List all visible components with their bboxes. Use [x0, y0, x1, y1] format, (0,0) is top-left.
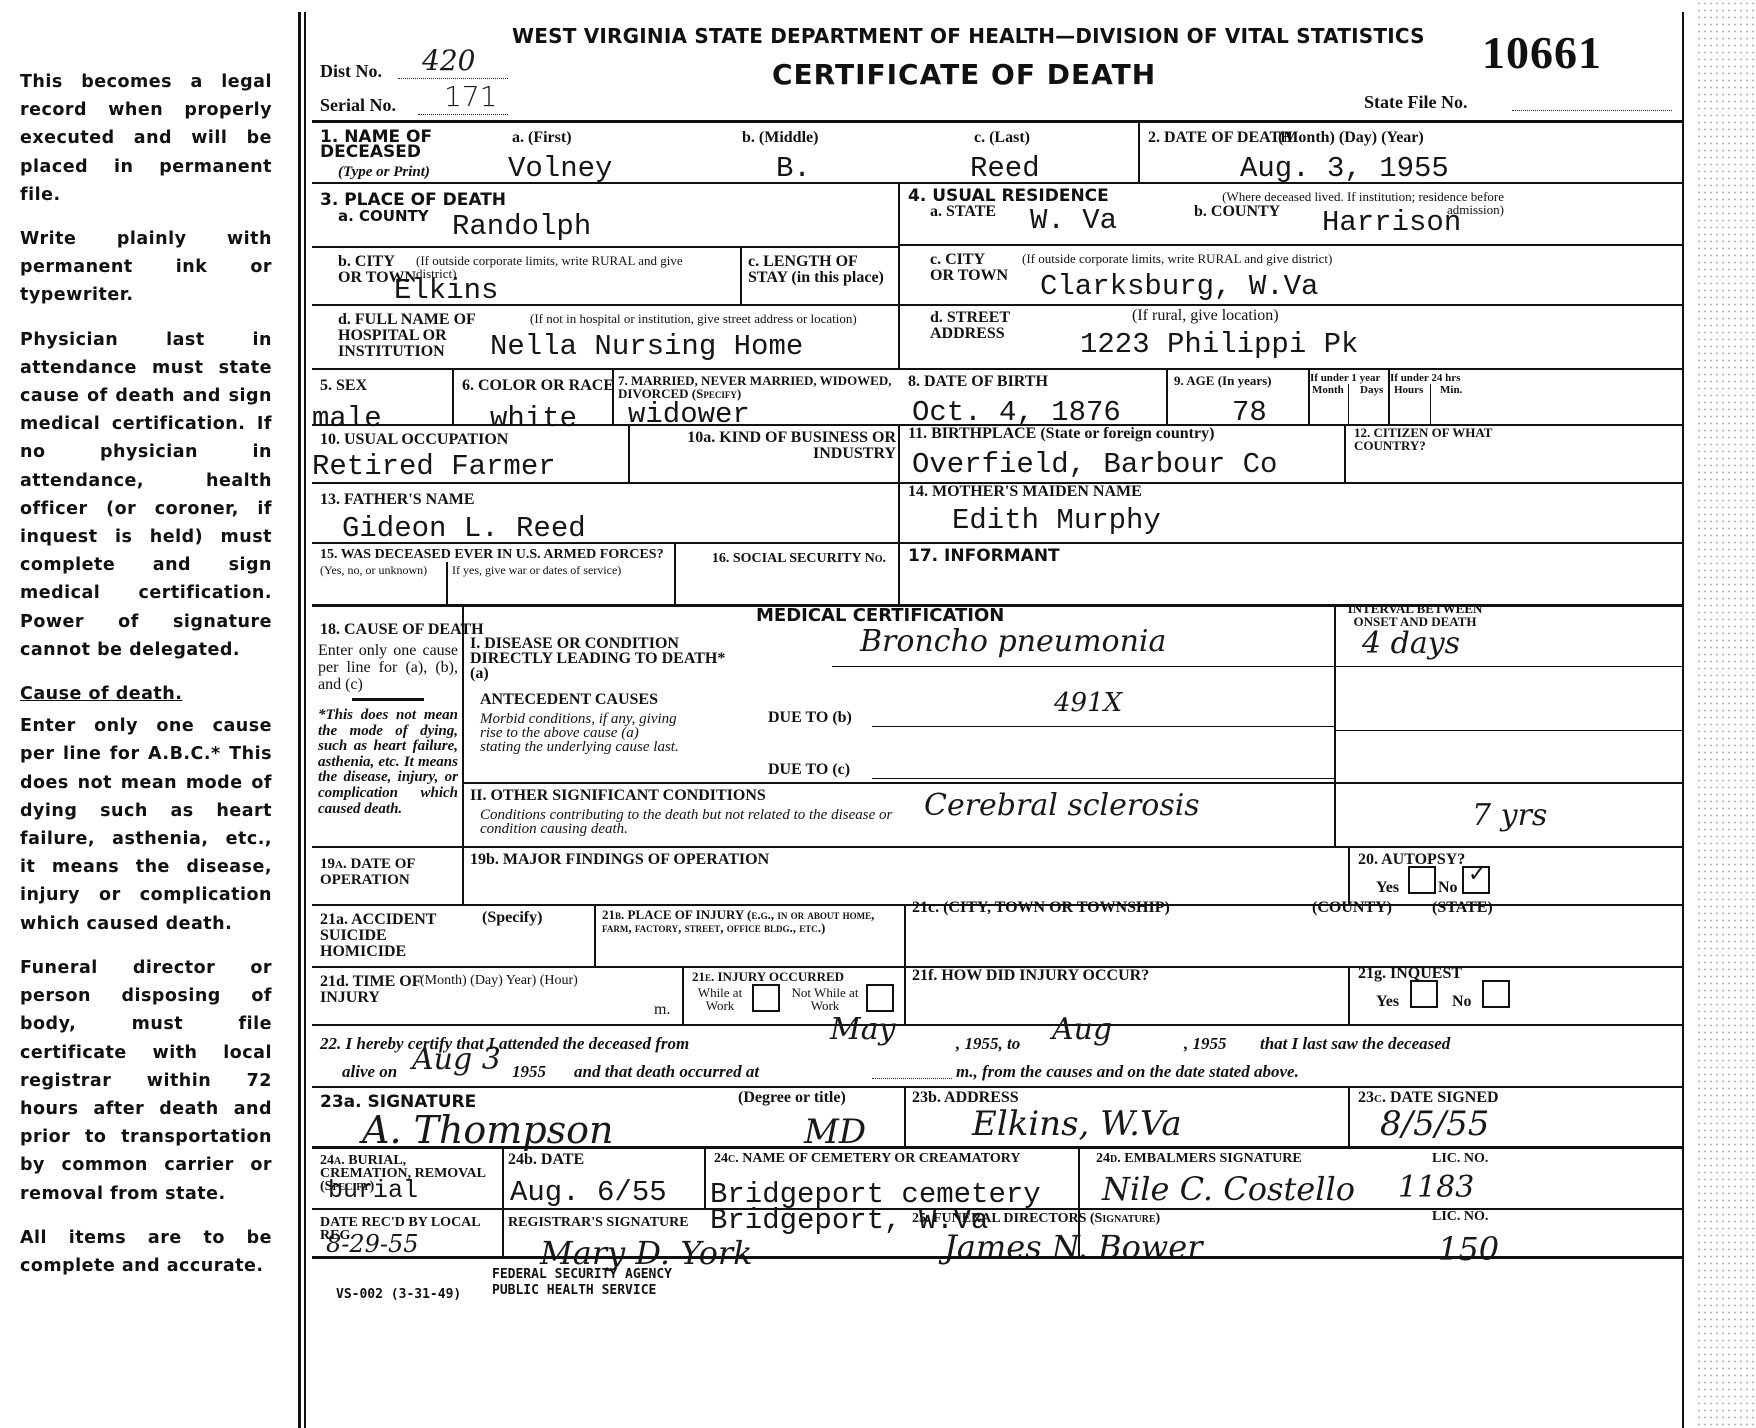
res-street-label: d. STREET ADDRESS: [930, 310, 1030, 342]
name-sub-label: (Type or Print): [338, 164, 430, 180]
divider: [1138, 122, 1140, 182]
certify-line-1b: that I last saw the deceased: [1260, 1036, 1450, 1052]
date-of-death-cols: (Month) (Day) (Year): [1278, 130, 1424, 146]
injury-occurred-label: 21e. INJURY OCCURRED: [692, 970, 844, 983]
age-label: 9. AGE (In years): [1174, 374, 1272, 387]
residence-label: 4. USUAL RESIDENCE: [908, 188, 1109, 204]
serial-no-label: Serial No.: [320, 97, 396, 113]
injury-state-col: (STATE): [1432, 900, 1493, 916]
divider: [312, 182, 1682, 184]
mother-label: 14. MOTHER'S MAIDEN NAME: [908, 484, 1142, 500]
operation-findings-label: 19b. MAJOR FINDINGS OF OPERATION: [470, 852, 769, 868]
res-street-field[interactable]: 1223 Philippi Pk: [1080, 328, 1358, 361]
certify-line-2a: alive on: [342, 1064, 397, 1080]
length-of-stay-label: c. LENGTH OF STAY (in this place): [748, 254, 898, 286]
pod-county-label: a. COUNTY: [338, 208, 429, 224]
accident-specify-label: (Specify): [482, 910, 542, 926]
inquest-no-checkbox[interactable]: [1482, 980, 1510, 1008]
certificate-title: CERTIFICATE OF DEATH: [772, 58, 1156, 91]
divider: [904, 904, 906, 1024]
form-number: VS-002 (3-31-49): [336, 1288, 461, 1301]
divider: [1334, 730, 1682, 731]
autopsy-no-label: No: [1438, 880, 1458, 896]
while-at-work-checkbox[interactable]: [752, 984, 780, 1012]
due-to-b-field[interactable]: 491X: [1054, 688, 1122, 718]
divider: [446, 562, 448, 606]
other-conditions-note: Conditions contributing to the death but…: [480, 808, 940, 836]
last-name-field[interactable]: Reed: [970, 152, 1040, 185]
state-file-label: State File No.: [1364, 94, 1467, 110]
burial-method-field[interactable]: burial: [328, 1176, 418, 1205]
divider: [312, 1256, 1682, 1259]
divider: [1348, 966, 1350, 1024]
alive-on-year[interactable]: 55: [529, 1062, 546, 1081]
burial-date-field[interactable]: Aug. 6/55: [510, 1176, 667, 1209]
pod-county-field[interactable]: Randolph: [452, 210, 591, 243]
place-of-injury-label: 21b. PLACE OF INJURY (e.g., in or about …: [602, 908, 902, 934]
inquest-yes-checkbox[interactable]: [1410, 980, 1438, 1008]
interval-a-field[interactable]: 4 days: [1362, 626, 1460, 661]
divider: [1348, 846, 1350, 904]
middle-name-label: b. (Middle): [742, 130, 818, 146]
alive-on-date[interactable]: Aug 3: [412, 1042, 501, 1077]
date-of-death-field[interactable]: Aug. 3, 1955: [1240, 152, 1449, 185]
divider: [462, 604, 464, 848]
other-conditions-field[interactable]: Cerebral sclerosis: [924, 788, 1200, 823]
other-conditions-label: II. OTHER SIGNIFICANT CONDITIONS: [470, 788, 766, 804]
injury-location-label: 21c. (CITY, TOWN OR TOWNSHIP): [912, 900, 1170, 916]
footer-agency-2: PUBLIC HEALTH SERVICE: [492, 1284, 656, 1297]
divider: [1344, 424, 1346, 482]
first-name-field[interactable]: Volney: [508, 152, 612, 185]
autopsy-no-checkbox[interactable]: ✓: [1462, 866, 1490, 894]
res-street-note: (If rural, give location): [1132, 308, 1279, 324]
due-to-b-label: DUE TO (b): [768, 710, 852, 726]
hospital-field[interactable]: Nella Nursing Home: [490, 330, 803, 363]
last-name-label: c. (Last): [974, 130, 1030, 146]
divider: [594, 904, 596, 968]
injury-time-m: m.: [654, 1002, 670, 1018]
death-certificate-form: WEST VIRGINIA STATE DEPARTMENT OF HEALTH…: [312, 18, 1682, 1428]
instruction-write-plainly: Write plainly with permanent ink or type…: [20, 225, 272, 310]
antecedent-label: ANTECEDENT CAUSES: [480, 692, 658, 708]
divider: [628, 424, 630, 484]
physician-address[interactable]: Elkins, W.Va: [972, 1104, 1182, 1144]
divider: [612, 368, 614, 426]
divider: [462, 782, 1682, 784]
res-state-field[interactable]: W. Va: [1030, 204, 1117, 237]
hospital-note: (If not in hospital or institution, give…: [530, 312, 900, 325]
disease-label: I. DISEASE OR CONDITION DIRECTLY LEADING…: [470, 636, 730, 681]
divider: [312, 368, 1682, 370]
funeral-director-label: 25. FUNERAL DIRECTORS (Signature): [912, 1212, 1160, 1225]
not-while-at-work-label: Not While at Work: [790, 986, 860, 1012]
certify-line-1a: 22. I hereby certify that I attended the…: [320, 1036, 689, 1052]
res-county-field[interactable]: Harrison: [1322, 206, 1461, 239]
certify-line-2c: m., from the causes and on the date stat…: [956, 1064, 1299, 1080]
divider: [462, 846, 464, 904]
injury-time-cols: (Month) (Day) Year) (Hour): [420, 974, 578, 987]
divider: [674, 542, 676, 606]
disease-field[interactable]: Broncho pneumonia: [860, 624, 1166, 659]
checkmark-icon: ✓: [1468, 862, 1486, 887]
interval-label: INTERVAL BETWEEN ONSET AND DEATH: [1340, 602, 1490, 628]
date-signed-field[interactable]: 8/5/55: [1380, 1104, 1489, 1144]
instruction-cause-heading: Cause of death.: [20, 680, 272, 708]
divider: [312, 1146, 1682, 1149]
armed-forces-label: 15. WAS DECEASED EVER IN U.S. ARMED FORC…: [320, 548, 664, 561]
divider: [312, 1086, 1682, 1088]
marital-field[interactable]: widower: [628, 398, 750, 431]
scan-noise-edge: [1696, 0, 1756, 1428]
inquest-yes-label: Yes: [1376, 994, 1399, 1010]
divider: [452, 368, 454, 426]
certify-line-2b: and that death occurred at: [574, 1064, 759, 1080]
informant-label: 17. INFORMANT: [908, 548, 1060, 564]
birthplace-label: 11. BIRTHPLACE (State or foreign country…: [908, 426, 1214, 442]
attended-from-month[interactable]: May: [830, 1012, 896, 1047]
autopsy-yes-checkbox[interactable]: [1408, 866, 1436, 894]
embalmer-signature[interactable]: Nile C. Costello: [1102, 1170, 1355, 1208]
father-label: 13. FATHER'S NAME: [320, 492, 475, 508]
cause-note: Enter only one cause per line for (a), (…: [318, 642, 458, 693]
divider: [898, 424, 900, 606]
hospital-label: d. FULL NAME OF HOSPITAL OR INSTITUTION: [338, 312, 508, 360]
sex-label: 5. SEX: [320, 378, 367, 394]
res-city-note: (If outside corporate limits, write RURA…: [1022, 252, 1332, 265]
cemetery-label: 24c. NAME OF CEMETERY OR CREAMATORY: [714, 1152, 1020, 1165]
instruction-cause: Enter only one cause per line for A.B.C.…: [20, 712, 272, 938]
form-border-left: [298, 12, 301, 1428]
agency-header: WEST VIRGINIA STATE DEPARTMENT OF HEALTH…: [512, 24, 1425, 48]
res-state-label: a. STATE: [930, 204, 996, 220]
dist-no-value[interactable]: 420: [422, 44, 475, 77]
res-city-label: c. CITY OR TOWN: [930, 252, 1010, 284]
mother-field[interactable]: Edith Murphy: [952, 504, 1161, 537]
business-label: 10a. KIND OF BUSINESS OR INDUSTRY: [640, 430, 896, 462]
instruction-legal-record: This becomes a legal record when properl…: [20, 68, 272, 209]
certificate-number: 10661: [1482, 26, 1602, 79]
divider: [312, 120, 1682, 123]
funeral-lic-label: LIC. NO.: [1432, 1210, 1488, 1223]
first-name-label: a. (First): [512, 130, 572, 146]
funeral-director-signature[interactable]: James N. Bower: [944, 1228, 1202, 1266]
father-field[interactable]: Gideon L. Reed: [342, 512, 586, 545]
divider: [898, 304, 1682, 306]
death-time-line[interactable]: [872, 1078, 952, 1080]
registrar-signature-label: REGISTRAR'S SIGNATURE: [508, 1216, 689, 1229]
divider: [1348, 1086, 1350, 1146]
attended-to-month[interactable]: Aug: [1052, 1012, 1112, 1047]
instructions-sidebar: This becomes a legal record when properl…: [20, 68, 272, 1296]
name-label: 1. NAME OF DECEASED: [320, 130, 470, 160]
divider: [704, 1146, 706, 1210]
res-city-field[interactable]: Clarksburg, W.Va: [1040, 270, 1318, 303]
occupation-label: 10. USUAL OCCUPATION: [320, 432, 508, 448]
degree-label: (Degree or title): [738, 1090, 846, 1106]
cause-of-death-label: 18. CAUSE OF DEATH: [320, 622, 484, 638]
divider: [898, 244, 1682, 246]
burial-date-label: 24b. DATE: [508, 1152, 584, 1168]
autopsy-yes-label: Yes: [1376, 880, 1399, 896]
inquest-no-label: No: [1452, 994, 1472, 1010]
embalmer-label: 24d. EMBALMERS SIGNATURE: [1096, 1152, 1302, 1165]
divider: [502, 1146, 504, 1256]
divider: [740, 246, 742, 304]
serial-no-value[interactable]: 171: [444, 80, 497, 113]
funeral-lic-field[interactable]: 150: [1438, 1230, 1499, 1268]
month-label: Month: [1312, 384, 1344, 397]
divider: [1334, 604, 1336, 848]
antecedent-note: Morbid conditions, if any, giving rise t…: [480, 712, 680, 754]
how-injury-label: 21f. HOW DID INJURY OCCUR?: [912, 968, 1149, 984]
citizen-label: 12. CITIZEN OF WHAT COUNTRY?: [1354, 426, 1504, 452]
divider: [1348, 384, 1349, 426]
embalmer-lic-label: LIC. NO.: [1432, 1152, 1488, 1165]
divider: [312, 542, 1682, 544]
due-to-c-label: DUE TO (c): [768, 762, 850, 778]
occupation-field[interactable]: Retired Farmer: [312, 450, 556, 483]
divider: [682, 966, 684, 1024]
divider: [1166, 368, 1168, 426]
divider: [904, 1086, 906, 1146]
cause-note-2: *This does not mean the mode of dying, s…: [318, 708, 458, 817]
armed-forces-sub1: (Yes, no, or unknown): [320, 564, 427, 577]
serial-no-line: [418, 114, 508, 116]
min-label: Min.: [1440, 384, 1462, 397]
divider: [312, 1024, 1682, 1026]
divider: [872, 778, 1334, 779]
hours-label: Hours: [1394, 384, 1423, 397]
while-at-work-label: While at Work: [690, 986, 750, 1012]
medical-cert-title: MEDICAL CERTIFICATION: [756, 608, 1004, 624]
divider: [898, 182, 900, 370]
embalmer-lic-field[interactable]: 1183: [1398, 1170, 1474, 1205]
pod-city-field[interactable]: Elkins: [394, 274, 498, 307]
divider: [872, 726, 1334, 727]
divider: [312, 304, 898, 306]
divider: [832, 666, 1682, 667]
injury-county-col: (COUNTY): [1312, 900, 1392, 916]
state-file-line[interactable]: [1512, 110, 1672, 112]
middle-name-field[interactable]: B.: [776, 152, 811, 185]
operation-date-label: 19a. DATE OF OPERATION: [320, 856, 450, 888]
date-received-field[interactable]: 8-29-55: [326, 1230, 419, 1258]
divider: [1430, 384, 1431, 426]
divider: [312, 846, 1682, 848]
days-label: Days: [1360, 384, 1383, 397]
footer-agency: FEDERAL SECURITY AGENCY: [492, 1268, 672, 1281]
ssn-label: 16. SOCIAL SECURITY No.: [686, 552, 886, 565]
to-word: to: [1007, 1034, 1020, 1053]
divider: [312, 246, 898, 248]
divider: [352, 698, 424, 701]
dist-no-label: Dist No.: [320, 63, 382, 79]
attended-from-year[interactable]: 55: [982, 1034, 999, 1053]
res-county-label: b. COUNTY: [1194, 204, 1280, 220]
dob-label: 8. DATE OF BIRTH: [908, 374, 1048, 390]
instruction-complete: All items are to be complete and accurat…: [20, 1224, 272, 1280]
birthplace-field[interactable]: Overfield, Barbour Co: [912, 448, 1277, 481]
date-of-death-label: 2. DATE OF DEATH: [1148, 130, 1293, 146]
armed-forces-sub2: If yes, give war or dates of service): [452, 564, 621, 577]
marital-label: 7. MARRIED, NEVER MARRIED, WIDOWED, DIVO…: [618, 374, 898, 400]
place-of-death-label: 3. PLACE OF DEATH: [320, 192, 506, 208]
instruction-funeral: Funeral director or person disposing of …: [20, 954, 272, 1208]
not-while-at-work-checkbox[interactable]: [866, 984, 894, 1012]
race-label: 6. COLOR OR RACE: [462, 378, 614, 394]
accident-type-label: 21a. ACCIDENT SUICIDE HOMICIDE: [320, 912, 470, 960]
injury-time-label: 21d. TIME OF INJURY: [320, 974, 430, 1006]
instruction-physician: Physician last in attendance must state …: [20, 326, 272, 664]
form-border-left-inner: [304, 12, 306, 1428]
attended-to-year[interactable]: 55: [1210, 1034, 1227, 1053]
interval-ii-field[interactable]: 7 yrs: [1472, 798, 1547, 833]
form-border-right: [1682, 12, 1684, 1428]
